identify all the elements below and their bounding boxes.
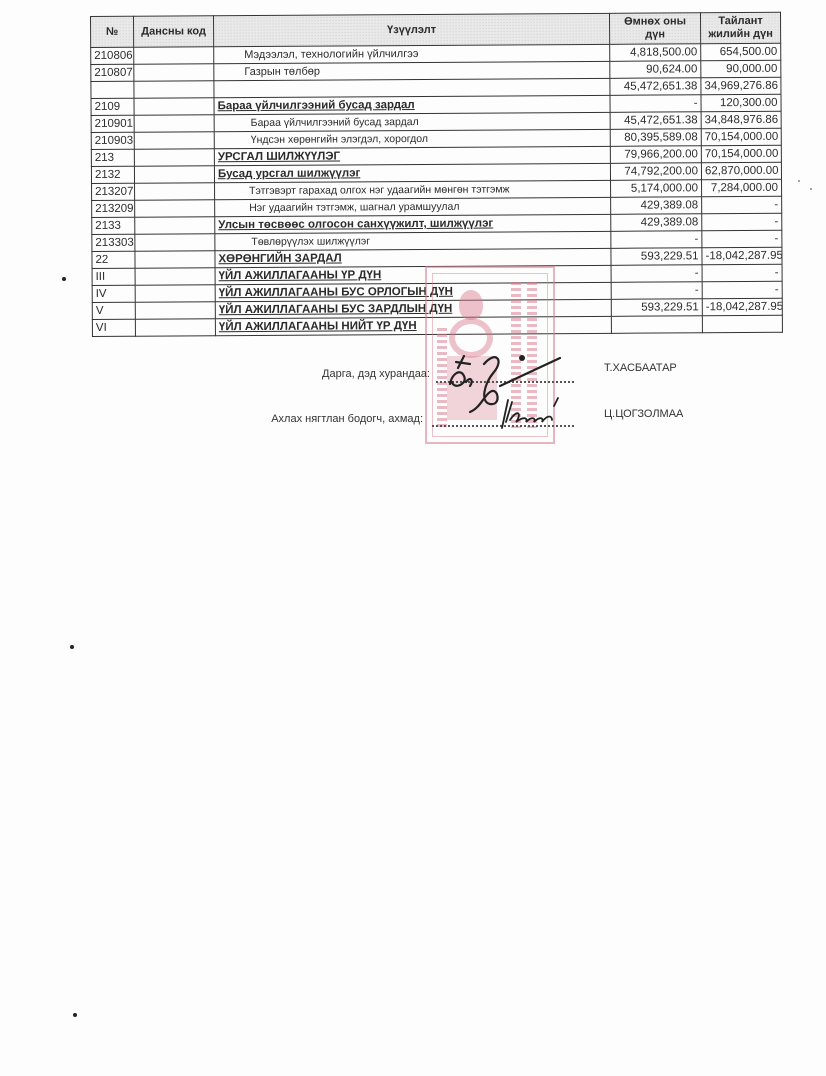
cell-row-number: IV bbox=[92, 285, 135, 302]
cell-current-year-amount: 90,000.00 bbox=[701, 60, 781, 77]
cell-current-year-amount: 70,154,000.00 bbox=[701, 128, 781, 145]
cell-account-code bbox=[135, 285, 215, 302]
cell-account-code bbox=[135, 302, 215, 319]
cell-row-number: 2132 bbox=[91, 166, 134, 183]
cell-current-year-amount: - bbox=[702, 264, 782, 281]
cell-account-code bbox=[134, 47, 214, 64]
cell-account-code bbox=[135, 251, 215, 268]
scan-speck bbox=[73, 1013, 77, 1017]
cell-account-code bbox=[135, 217, 215, 234]
cell-account-code bbox=[135, 200, 215, 217]
cell-current-year-amount: -18,042,287.95 bbox=[702, 247, 782, 264]
cell-row-number: VI bbox=[92, 319, 135, 336]
cell-row-number: 210903 bbox=[91, 132, 134, 149]
cell-row-number bbox=[91, 81, 134, 98]
cell-previous-year-amount: 593,229.51 bbox=[611, 248, 702, 266]
cell-row-number: 210806 bbox=[91, 47, 134, 64]
header-current-year: Тайлант жилийн дүн bbox=[700, 12, 780, 43]
cell-current-year-amount: 120,300.00 bbox=[701, 94, 781, 111]
signatory-name: Ц.ЦОГЗОЛМАА bbox=[604, 408, 683, 420]
cell-account-code bbox=[134, 98, 214, 115]
cell-row-number: 213207 bbox=[92, 183, 135, 200]
cell-current-year-amount: -18,042,287.95 bbox=[702, 298, 782, 315]
cell-previous-year-amount: - bbox=[611, 282, 702, 300]
cell-current-year-amount: 654,500.00 bbox=[701, 43, 781, 60]
cell-previous-year-amount: 4,818,500.00 bbox=[610, 44, 701, 62]
header-description: Үзүүлэлт bbox=[214, 13, 610, 46]
cell-account-code bbox=[134, 81, 214, 98]
cell-row-number: III bbox=[92, 268, 135, 285]
cell-current-year-amount: - bbox=[702, 230, 782, 247]
cell-current-year-amount: 7,284,000.00 bbox=[702, 179, 782, 196]
cell-row-number: 210901 bbox=[91, 115, 134, 132]
cell-row-number: 213303 bbox=[92, 234, 135, 251]
cell-account-code bbox=[135, 319, 215, 336]
cell-previous-year-amount bbox=[611, 316, 702, 334]
cell-current-year-amount: 34,848,976.86 bbox=[701, 111, 781, 128]
cell-previous-year-amount: 80,395,589.08 bbox=[610, 129, 701, 147]
cell-current-year-amount: - bbox=[702, 196, 782, 213]
cell-previous-year-amount: 74,792,200.00 bbox=[610, 163, 701, 181]
cell-previous-year-amount: 45,472,651.38 bbox=[610, 112, 701, 130]
cell-previous-year-amount: - bbox=[611, 231, 702, 249]
cell-previous-year-amount: 429,389.08 bbox=[611, 214, 702, 232]
scan-speck bbox=[798, 180, 800, 182]
cell-account-code bbox=[135, 183, 215, 200]
cell-current-year-amount: 62,870,000.00 bbox=[701, 162, 781, 179]
signature-role-label: Ахлах нягтлан бодогч, ахмад: bbox=[228, 413, 423, 425]
scan-speck bbox=[810, 188, 812, 190]
cell-previous-year-amount: - bbox=[611, 265, 702, 283]
document-page: № Дансны код Үзүүлэлт Өмнөх оны дүн Тайл… bbox=[0, 0, 826, 1076]
cell-account-code bbox=[134, 64, 214, 81]
signatory-name: Т.ХАСБААТАР bbox=[604, 362, 677, 374]
cell-account-code bbox=[134, 149, 214, 166]
cell-account-code bbox=[134, 166, 214, 183]
table-header-row: № Дансны код Үзүүлэлт Өмнөх оны дүн Тайл… bbox=[91, 12, 781, 47]
cell-previous-year-amount: 429,389.08 bbox=[611, 197, 702, 215]
cell-previous-year-amount: 593,229.51 bbox=[611, 299, 702, 317]
cell-current-year-amount: - bbox=[702, 281, 782, 298]
cell-current-year-amount: 70,154,000.00 bbox=[701, 145, 781, 162]
handwritten-signature-icon bbox=[496, 392, 566, 432]
cell-previous-year-amount: 79,966,200.00 bbox=[610, 146, 701, 164]
cell-row-number: V bbox=[92, 302, 135, 319]
header-previous-year: Өмнөх оны дүн bbox=[609, 13, 700, 45]
cell-row-number: 213 bbox=[91, 149, 134, 166]
cell-account-code bbox=[135, 234, 215, 251]
cell-account-code bbox=[134, 132, 214, 149]
cell-row-number: 2133 bbox=[92, 217, 135, 234]
signature-role-label: Дарга, дэд хурандаа: bbox=[250, 368, 430, 380]
cell-account-code bbox=[134, 115, 214, 132]
cell-current-year-amount: 34,969,276.86 bbox=[701, 77, 781, 94]
cell-current-year-amount bbox=[702, 315, 782, 332]
cell-previous-year-amount: - bbox=[610, 95, 701, 113]
cell-row-number: 213209 bbox=[92, 200, 135, 217]
scan-speck bbox=[70, 645, 74, 649]
cell-row-number: 210807 bbox=[91, 64, 134, 81]
cell-previous-year-amount: 5,174,000.00 bbox=[611, 180, 702, 198]
header-account-code: Дансны код bbox=[134, 16, 214, 47]
cell-previous-year-amount: 45,472,651.38 bbox=[610, 78, 701, 96]
cell-previous-year-amount: 90,624.00 bbox=[610, 61, 701, 79]
cell-account-code bbox=[135, 268, 215, 285]
cell-row-number: 2109 bbox=[91, 98, 134, 115]
stamp-emblem-flame-icon bbox=[459, 290, 483, 320]
cell-current-year-amount: - bbox=[702, 213, 782, 230]
header-no: № bbox=[91, 16, 134, 47]
cell-row-number: 22 bbox=[92, 251, 135, 268]
scan-speck bbox=[62, 277, 66, 281]
